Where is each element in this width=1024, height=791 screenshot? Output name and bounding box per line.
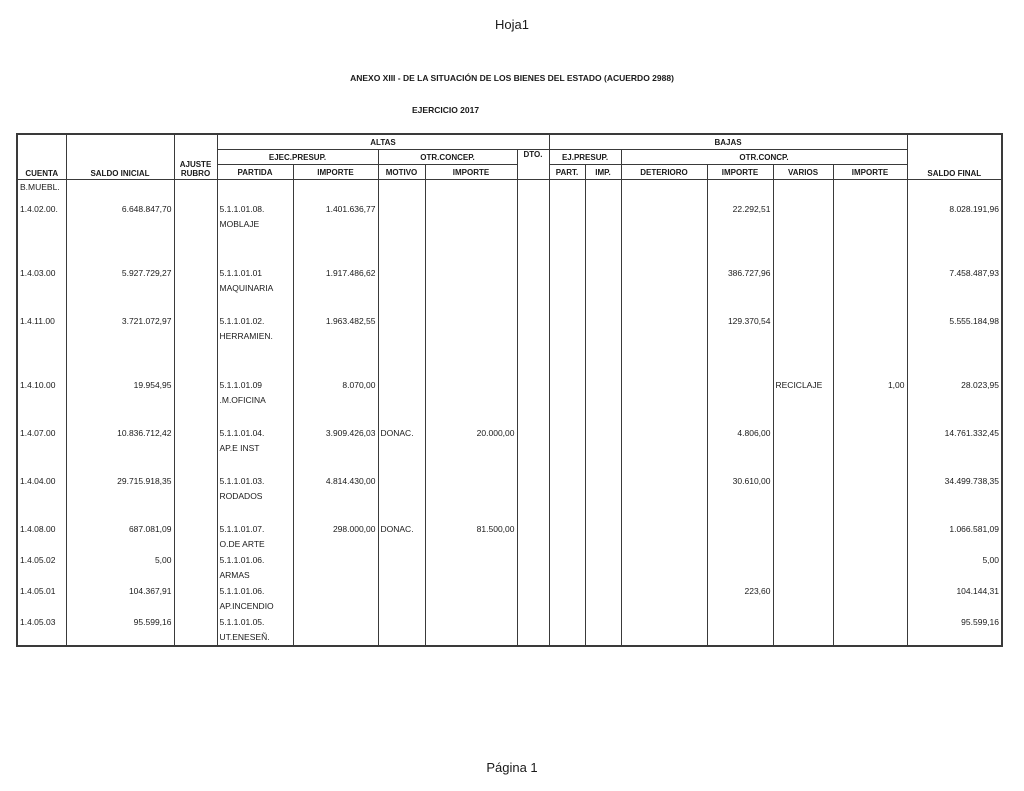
cell-importe-ejec <box>293 584 378 615</box>
cell-importe-otr <box>425 314 517 378</box>
cell-importe-ejec: 1.963.482,55 <box>293 314 378 378</box>
cell-empty <box>621 522 707 553</box>
cell-empty <box>549 202 585 266</box>
cell-varios <box>773 615 833 646</box>
cell-importe-var <box>833 202 907 266</box>
cell-empty <box>549 314 585 378</box>
cell-importe-otr: 20.000,00 <box>425 426 517 474</box>
cell-importe-det: 223,60 <box>707 584 773 615</box>
table-row: 1.4.08.00687.081,095.1.1.01.07.O.DE ARTE… <box>17 522 1002 553</box>
cell-importe-var <box>833 474 907 522</box>
cell-empty <box>585 584 621 615</box>
cell-empty <box>585 553 621 584</box>
cell-motivo <box>378 266 425 314</box>
header-importe-ejec: IMPORTE <box>293 165 378 180</box>
partida-code: 5.1.1.01.09 <box>220 378 291 393</box>
cell-importe-ejec: 4.814.430,00 <box>293 474 378 522</box>
cell-motivo <box>378 584 425 615</box>
cell-empty <box>549 378 585 426</box>
cell-motivo <box>378 474 425 522</box>
partida-name: HERRAMIEN. <box>220 329 291 344</box>
cell-partida: 5.1.1.01.04.AP.E INST <box>217 426 293 474</box>
partida-name: AP.INCENDIO <box>220 599 291 614</box>
cell-cuenta: 1.4.11.00 <box>17 314 66 378</box>
cell-empty <box>517 522 549 553</box>
cell-motivo <box>378 202 425 266</box>
cell-partida: 5.1.1.01.05.UT.ENESEÑ. <box>217 615 293 646</box>
bienes-table: CUENTA SALDO INICIAL AJUSTERUBRO ALTAS B… <box>16 133 1003 647</box>
page-footer: Página 1 <box>0 760 1024 775</box>
cell-empty <box>621 314 707 378</box>
cell-saldo-inicial: 5,00 <box>66 553 174 584</box>
cell-empty <box>585 426 621 474</box>
table-row: 1.4.10.0019.954,955.1.1.01.09.M.OFICINA8… <box>17 378 1002 426</box>
header-altas: ALTAS <box>217 134 549 150</box>
document-subtitle: EJERCICIO 2017 <box>412 105 479 115</box>
table-header: CUENTA SALDO INICIAL AJUSTERUBRO ALTAS B… <box>17 134 1002 180</box>
cell-cuenta: 1.4.07.00 <box>17 426 66 474</box>
cell-empty <box>585 314 621 378</box>
cell-empty <box>585 522 621 553</box>
cell-empty <box>621 615 707 646</box>
cell-importe-var <box>833 266 907 314</box>
cell-empty <box>549 522 585 553</box>
header-otr-concp: OTR.CONCP. <box>621 150 907 165</box>
header-partida: PARTIDA <box>217 165 293 180</box>
cell-varios <box>773 266 833 314</box>
partida-code: 5.1.1.01.07. <box>220 522 291 537</box>
cell-partida: 5.1.1.01.07.O.DE ARTE <box>217 522 293 553</box>
header-ej-presup: EJ.PRESUP. <box>549 150 621 165</box>
partida-code: 5.1.1.01.02. <box>220 314 291 329</box>
cell-varios <box>773 474 833 522</box>
cell-saldo-final: 34.499.738,35 <box>907 474 1002 522</box>
header-varios: VARIOS <box>773 165 833 180</box>
cell-saldo-final: 95.599,16 <box>907 615 1002 646</box>
cell-saldo-final: 7.458.487,93 <box>907 266 1002 314</box>
cell-motivo <box>378 314 425 378</box>
table-row: 1.4.05.01104.367,915.1.1.01.06.AP.INCEND… <box>17 584 1002 615</box>
cell-empty <box>549 584 585 615</box>
cell-empty <box>174 522 217 553</box>
group-row: B.MUEBL. <box>17 180 1002 202</box>
header-motivo: MOTIVO <box>378 165 425 180</box>
cell-empty <box>549 553 585 584</box>
cell-cuenta: 1.4.10.00 <box>17 378 66 426</box>
cell-importe-ejec: 1.917.486,62 <box>293 266 378 314</box>
partida-name: MOBLAJE <box>220 217 291 232</box>
cell-empty <box>585 378 621 426</box>
cell-empty <box>621 378 707 426</box>
header-bajas: BAJAS <box>549 134 907 150</box>
cell-importe-ejec: 298.000,00 <box>293 522 378 553</box>
cell-empty <box>174 584 217 615</box>
cell-importe-det <box>707 378 773 426</box>
cell-saldo-final: 5.555.184,98 <box>907 314 1002 378</box>
partida-code: 5.1.1.01.06. <box>220 553 291 568</box>
cell-importe-otr <box>425 553 517 584</box>
cell-importe-otr <box>425 474 517 522</box>
header-cuenta: CUENTA <box>17 134 66 180</box>
cell-importe-det <box>707 615 773 646</box>
cell-partida: 5.1.1.01.09.M.OFICINA <box>217 378 293 426</box>
cell-motivo <box>378 378 425 426</box>
cell-saldo-inicial: 29.715.918,35 <box>66 474 174 522</box>
cell-saldo-final: 104.144,31 <box>907 584 1002 615</box>
cell-importe-det <box>707 553 773 584</box>
table-body: B.MUEBL. 1.4.02.00.6.648.847,705.1.1.01.… <box>17 180 1002 646</box>
cell-empty <box>585 615 621 646</box>
partida-name: AP.E INST <box>220 441 291 456</box>
cell-saldo-inicial: 6.648.847,70 <box>66 202 174 266</box>
cell-empty <box>517 474 549 522</box>
partida-code: 5.1.1.01.05. <box>220 615 291 630</box>
cell-empty <box>174 314 217 378</box>
cell-partida: 5.1.1.01.02.HERRAMIEN. <box>217 314 293 378</box>
cell-importe-det: 22.292,51 <box>707 202 773 266</box>
cell-empty <box>174 426 217 474</box>
sheet-title: Hoja1 <box>0 17 1024 32</box>
cell-empty <box>621 553 707 584</box>
cell-importe-det: 386.727,96 <box>707 266 773 314</box>
cell-varios <box>773 522 833 553</box>
cell-empty <box>549 266 585 314</box>
header-otr-concep: OTR.CONCEP. <box>378 150 517 165</box>
cell-motivo: DONAC. <box>378 426 425 474</box>
cell-importe-ejec <box>293 615 378 646</box>
cell-motivo <box>378 615 425 646</box>
cell-saldo-inicial: 5.927.729,27 <box>66 266 174 314</box>
cell-importe-ejec: 3.909.426,03 <box>293 426 378 474</box>
cell-empty <box>517 266 549 314</box>
document-title: ANEXO XIII - DE LA SITUACIÓN DE LOS BIEN… <box>0 73 1024 83</box>
header-part: PART. <box>549 165 585 180</box>
cell-varios <box>773 426 833 474</box>
cell-saldo-inicial: 10.836.712,42 <box>66 426 174 474</box>
cell-empty <box>517 378 549 426</box>
cell-empty <box>517 553 549 584</box>
cell-partida: 5.1.1.01.01MAQUINARIA <box>217 266 293 314</box>
header-ajuste-rubro: AJUSTERUBRO <box>174 134 217 180</box>
cell-saldo-final: 28.023,95 <box>907 378 1002 426</box>
cell-empty <box>585 202 621 266</box>
cell-empty <box>621 584 707 615</box>
partida-code: 5.1.1.01.04. <box>220 426 291 441</box>
table-row: 1.4.07.0010.836.712,425.1.1.01.04.AP.E I… <box>17 426 1002 474</box>
cell-empty <box>517 314 549 378</box>
table-row: 1.4.11.003.721.072,975.1.1.01.02.HERRAMI… <box>17 314 1002 378</box>
cell-importe-otr <box>425 615 517 646</box>
cell-empty <box>517 426 549 474</box>
cell-importe-var <box>833 426 907 474</box>
header-saldo-inicial: SALDO INICIAL <box>66 134 174 180</box>
cell-motivo <box>378 553 425 584</box>
cell-importe-det <box>707 522 773 553</box>
partida-code: 5.1.1.01.06. <box>220 584 291 599</box>
table-row: 1.4.04.0029.715.918,355.1.1.01.03.RODADO… <box>17 474 1002 522</box>
cell-varios <box>773 314 833 378</box>
partida-name: O.DE ARTE <box>220 537 291 552</box>
partida-name: MAQUINARIA <box>220 281 291 296</box>
partida-code: 5.1.1.01.03. <box>220 474 291 489</box>
cell-empty <box>174 202 217 266</box>
header-ajuste: AJUSTE <box>180 160 212 169</box>
cell-partida: 5.1.1.01.03.RODADOS <box>217 474 293 522</box>
header-saldo-final: SALDO FINAL <box>907 134 1002 180</box>
cell-varios <box>773 202 833 266</box>
partida-code: 5.1.1.01.08. <box>220 202 291 217</box>
cell-saldo-inicial: 104.367,91 <box>66 584 174 615</box>
cell-importe-det: 129.370,54 <box>707 314 773 378</box>
partida-code: 5.1.1.01.01 <box>220 266 291 281</box>
table-row: 1.4.02.00.6.648.847,705.1.1.01.08.MOBLAJ… <box>17 202 1002 266</box>
cell-motivo: DONAC. <box>378 522 425 553</box>
cell-empty <box>174 266 217 314</box>
cell-varios <box>773 553 833 584</box>
cell-importe-otr <box>425 378 517 426</box>
cell-importe-ejec: 1.401.636,77 <box>293 202 378 266</box>
cell-saldo-final: 8.028.191,96 <box>907 202 1002 266</box>
cell-cuenta: 1.4.08.00 <box>17 522 66 553</box>
cell-cuenta: 1.4.03.00 <box>17 266 66 314</box>
header-deterioro: DETERIORO <box>621 165 707 180</box>
cell-importe-ejec: 8.070,00 <box>293 378 378 426</box>
cell-saldo-inicial: 19.954,95 <box>66 378 174 426</box>
cell-cuenta: 1.4.02.00. <box>17 202 66 266</box>
cell-saldo-final: 14.761.332,45 <box>907 426 1002 474</box>
cell-saldo-final: 1.066.581,09 <box>907 522 1002 553</box>
cell-importe-var <box>833 584 907 615</box>
cell-empty <box>621 426 707 474</box>
cell-importe-otr: 81.500,00 <box>425 522 517 553</box>
table-row: 1.4.03.005.927.729,275.1.1.01.01MAQUINAR… <box>17 266 1002 314</box>
cell-empty <box>621 202 707 266</box>
partida-name: RODADOS <box>220 489 291 504</box>
cell-saldo-inicial: 95.599,16 <box>66 615 174 646</box>
cell-cuenta: 1.4.05.03 <box>17 615 66 646</box>
header-imp: IMP. <box>585 165 621 180</box>
partida-name: ARMAS <box>220 568 291 583</box>
cell-saldo-inicial: 687.081,09 <box>66 522 174 553</box>
cell-importe-var: 1,00 <box>833 378 907 426</box>
header-importe-var: IMPORTE <box>833 165 907 180</box>
cell-importe-ejec <box>293 553 378 584</box>
header-ejec-presup: EJEC.PRESUP. <box>217 150 378 165</box>
cell-empty <box>174 378 217 426</box>
cell-empty <box>174 615 217 646</box>
cell-empty <box>174 553 217 584</box>
cell-importe-det: 4.806,00 <box>707 426 773 474</box>
cell-importe-var <box>833 314 907 378</box>
cell-importe-var <box>833 522 907 553</box>
cell-partida: 5.1.1.01.06.AP.INCENDIO <box>217 584 293 615</box>
cell-importe-otr <box>425 584 517 615</box>
header-rubro: RUBRO <box>181 169 210 178</box>
cell-partida: 5.1.1.01.08.MOBLAJE <box>217 202 293 266</box>
cell-importe-otr <box>425 202 517 266</box>
cell-cuenta: 1.4.05.01 <box>17 584 66 615</box>
cell-empty <box>585 474 621 522</box>
cell-empty <box>517 202 549 266</box>
cell-empty <box>621 266 707 314</box>
cell-empty <box>549 615 585 646</box>
partida-name: UT.ENESEÑ. <box>220 630 291 645</box>
cell-importe-var <box>833 615 907 646</box>
header-dto: DTO. <box>517 150 549 180</box>
group-label: B.MUEBL. <box>17 180 66 202</box>
cell-empty <box>549 426 585 474</box>
cell-empty <box>517 615 549 646</box>
partida-name: .M.OFICINA <box>220 393 291 408</box>
cell-empty <box>549 474 585 522</box>
cell-importe-det: 30.610,00 <box>707 474 773 522</box>
cell-empty <box>621 474 707 522</box>
cell-empty <box>174 474 217 522</box>
cell-varios <box>773 584 833 615</box>
header-importe-otr: IMPORTE <box>425 165 517 180</box>
cell-varios: RECICLAJE <box>773 378 833 426</box>
cell-empty <box>585 266 621 314</box>
cell-saldo-final: 5,00 <box>907 553 1002 584</box>
cell-importe-otr <box>425 266 517 314</box>
cell-cuenta: 1.4.04.00 <box>17 474 66 522</box>
cell-saldo-inicial: 3.721.072,97 <box>66 314 174 378</box>
cell-partida: 5.1.1.01.06.ARMAS <box>217 553 293 584</box>
cell-cuenta: 1.4.05.02 <box>17 553 66 584</box>
table-row: 1.4.05.0395.599,165.1.1.01.05.UT.ENESEÑ.… <box>17 615 1002 646</box>
cell-empty <box>517 584 549 615</box>
header-importe-det: IMPORTE <box>707 165 773 180</box>
cell-importe-var <box>833 553 907 584</box>
table-row: 1.4.05.025,005.1.1.01.06.ARMAS5,00 <box>17 553 1002 584</box>
